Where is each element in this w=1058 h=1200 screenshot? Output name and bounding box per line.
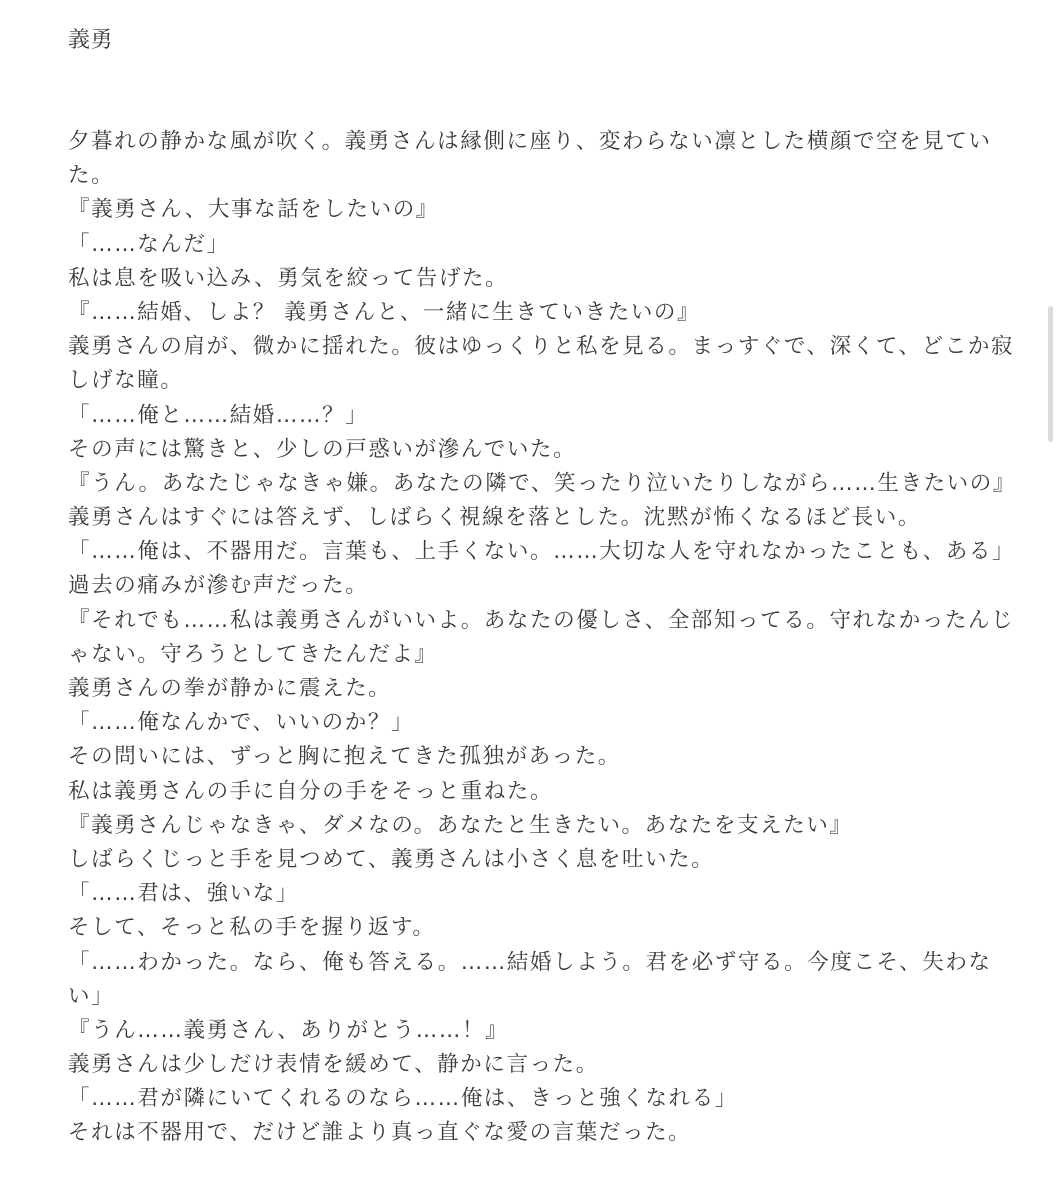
text-line: 『うん。あなたじゃなきゃ嫌。あなたの隣で、笑ったり泣いたりしながら……生きたいの…: [68, 467, 1008, 501]
text-line: 『それでも……私は義勇さんがいいよ。あなたの優しさ、全部知ってる。守れなかったん…: [68, 604, 1008, 638]
text-line: 「……俺なんかで、いいのか？」: [68, 706, 1008, 740]
text-line: 義勇さんはすぐには答えず、しばらく視線を落とした。沈黙が怖くなるほど長い。: [68, 501, 1008, 535]
text-line: 私は義勇さんの手に自分の手をそっと重ねた。: [68, 775, 1008, 809]
text-line: た。: [68, 159, 1008, 193]
text-line: 過去の痛みが滲む声だった。: [68, 569, 1008, 603]
text-line: 義勇さんは少しだけ表情を緩めて、静かに言った。: [68, 1048, 1008, 1082]
text-line: そして、そっと私の手を握り返す。: [68, 911, 1008, 945]
text-line: 義勇さんの肩が、微かに揺れた。彼はゆっくりと私を見る。まっすぐで、深くて、どこか…: [68, 330, 1008, 364]
text-line: ゃない。守ろうとしてきたんだよ』: [68, 638, 1008, 672]
text-line: 「……わかった。なら、俺も答える。……結婚しよう。君を必ず守る。今度こそ、失わな: [68, 946, 1008, 980]
text-line: その問いには、ずっと胸に抱えてきた孤独があった。: [68, 740, 1008, 774]
text-line: 「……なんだ」: [68, 228, 1008, 262]
text-line: それは不器用で、だけど誰より真っ直ぐな愛の言葉だった。: [68, 1116, 1008, 1150]
text-line: しげな瞳。: [68, 364, 1008, 398]
text-line: 『義勇さん、大事な話をしたいの』: [68, 193, 1008, 227]
text-line: 『……結婚、しよ？ 義勇さんと、一緒に生きていきたいの』: [68, 296, 1008, 330]
text-line: 夕暮れの静かな風が吹く。義勇さんは縁側に座り、変わらない凛とした横顔で空を見てい: [68, 125, 1008, 159]
text-line: い」: [68, 980, 1008, 1014]
text-line: 『うん……義勇さん、ありがとう……！』: [68, 1014, 1008, 1048]
text-line: しばらくじっと手を見つめて、義勇さんは小さく息を吐いた。: [68, 843, 1008, 877]
text-line: 「……君は、強いな」: [68, 877, 1008, 911]
vertical-scrollbar[interactable]: [1048, 306, 1053, 442]
text-line: 「……俺と……結婚……？」: [68, 399, 1008, 433]
text-line: 私は息を吸い込み、勇気を絞って告げた。: [68, 262, 1008, 296]
document-title: 義勇: [68, 26, 113, 56]
text-line: 「……君が隣にいてくれるのなら……俺は、きっと強くなれる」: [68, 1082, 1008, 1116]
text-line: 義勇さんの拳が静かに震えた。: [68, 672, 1008, 706]
text-line: 「……俺は、不器用だ。言葉も、上手くない。……大切な人を守れなかったことも、ある…: [68, 535, 1008, 569]
text-line: 『義勇さんじゃなきゃ、ダメなの。あなたと生きたい。あなたを支えたい』: [68, 809, 1008, 843]
story-body: 夕暮れの静かな風が吹く。義勇さんは縁側に座り、変わらない凛とした横顔で空を見てい…: [68, 125, 1008, 1151]
text-line: その声には驚きと、少しの戸惑いが滲んでいた。: [68, 433, 1008, 467]
